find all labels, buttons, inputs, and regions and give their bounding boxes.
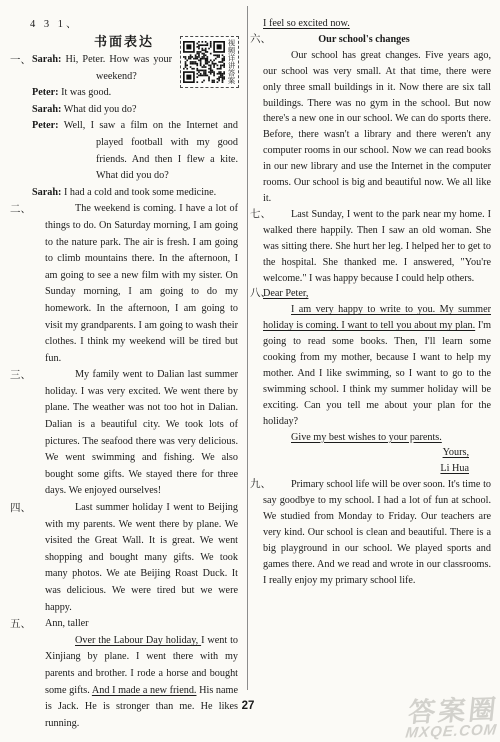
section-content: Ann, tallerOver the Labour Day holiday, … <box>45 616 238 732</box>
section-marker: 六、 <box>250 32 271 48</box>
answer-section: 八、Dear Peter,I am very happy to write to… <box>250 286 491 477</box>
letter-signature: Li Hua <box>263 461 469 477</box>
dialogue-line: Peter: Well, I saw a film on the Interne… <box>32 118 238 184</box>
paragraph: I feel so excited now. <box>263 16 491 32</box>
watermark-site: MXQE.COM <box>404 722 497 741</box>
underlined-text: Give my best wishes to your parents. <box>291 432 442 443</box>
letter-signature: Yours, <box>263 445 469 461</box>
text-run: The weekend is coming. I have a lot of t… <box>45 203 238 363</box>
answer-section: 三、My family went to Dalian last summer h… <box>10 367 238 500</box>
column-divider <box>247 6 248 690</box>
section-content: Last Sunday, I went to the park near my … <box>263 207 491 287</box>
underlined-text: Over the Labour Day holiday, <box>75 635 201 646</box>
dialogue-line: Sarah: What did you do? <box>32 102 238 119</box>
text-run: Last summer holiday I went to Beijing wi… <box>45 502 238 613</box>
underlined-text: And I made a new friend. <box>92 685 197 696</box>
speaker-name: Sarah: <box>32 54 61 65</box>
dialogue-line: Sarah: Hi, Peter. How was your weekend? <box>32 52 238 85</box>
text-run: My family went to Dalian last summer hol… <box>45 369 238 496</box>
text-run: Primary school life will be over soon. I… <box>263 479 491 585</box>
text-run: Last Sunday, I went to the park near my … <box>263 209 491 284</box>
section-content: Primary school life will be over soon. I… <box>263 477 491 588</box>
speaker-name: Peter: <box>32 120 59 131</box>
answer-section: I feel so excited now. <box>250 16 491 32</box>
workbook-answer-page: 视频详讲答案 4 3 1、 书面表达 一、Sarah: Hi, Peter. H… <box>0 0 500 742</box>
letter-closing: Give my best wishes to your parents. <box>263 430 491 446</box>
text-run: I'm going to read some books. Then, I'll… <box>263 320 491 426</box>
section-marker: 三、 <box>10 367 31 384</box>
left-column: 4 3 1、 书面表达 一、Sarah: Hi, Peter. How was … <box>10 18 238 732</box>
section-content: Our school's changesOur school has great… <box>263 32 491 207</box>
text-run: Our school has great changes. Five years… <box>263 50 491 204</box>
section-content: My family went to Dalian last summer hol… <box>45 367 238 500</box>
speaker-name: Sarah: <box>32 187 61 198</box>
section-marker: 二、 <box>10 201 31 218</box>
speaker-name: Peter: <box>32 87 59 98</box>
paragraph: Primary school life will be over soon. I… <box>263 477 491 588</box>
speaker-name: Sarah: <box>32 104 61 115</box>
paragraph: I am very happy to write to you. My summ… <box>263 302 491 429</box>
answer-section: 四、Last summer holiday I went to Beijing … <box>10 500 238 616</box>
section-marker: 五、 <box>10 616 31 633</box>
dialogue-line: Sarah: I had a cold and took some medici… <box>32 185 238 202</box>
answer-section: 五、Ann, tallerOver the Labour Day holiday… <box>10 616 238 732</box>
marker-line-text: Dear Peter, <box>263 286 491 302</box>
answer-section: 七、Last Sunday, I went to the park near m… <box>250 207 491 287</box>
section-content: Dear Peter,I am very happy to write to y… <box>263 286 491 477</box>
section-heading: 书面表达 <box>10 32 238 52</box>
underlined-text: Yours, <box>443 447 469 458</box>
paragraph: The weekend is coming. I have a lot of t… <box>45 201 238 367</box>
underlined-text: I feel so excited now. <box>263 18 350 29</box>
section-marker: 七、 <box>250 207 271 223</box>
answer-section: 一、Sarah: Hi, Peter. How was your weekend… <box>10 52 238 201</box>
watermark: 答案圈 MXQE.COM <box>404 696 500 741</box>
paragraph: Over the Labour Day holiday, I went to X… <box>45 633 238 733</box>
previous-answer-fragment: 4 3 1、 <box>30 18 238 32</box>
section-marker: 四、 <box>10 500 31 517</box>
answer-section: 二、The weekend is coming. I have a lot of… <box>10 201 238 367</box>
section-content: Sarah: Hi, Peter. How was your weekend?P… <box>45 52 238 201</box>
section-content: I feel so excited now. <box>263 16 491 32</box>
section-marker: 一、 <box>10 52 31 69</box>
paragraph: Our school has great changes. Five years… <box>263 48 491 207</box>
section-marker: 九、 <box>250 477 271 493</box>
underlined-text: Li Hua <box>440 463 469 474</box>
answer-section: 九、Primary school life will be over soon.… <box>250 477 491 588</box>
answer-section: 六、Our school's changesOur school has gre… <box>250 32 491 207</box>
section-content: The weekend is coming. I have a lot of t… <box>45 201 238 367</box>
paragraph: Last Sunday, I went to the park near my … <box>263 207 491 287</box>
underlined-text: I am very happy to write to you. My summ… <box>263 304 491 331</box>
text-run: Ann, taller <box>45 618 89 629</box>
essay-title: Our school's changes <box>263 32 491 48</box>
section-marker: 八、 <box>250 286 271 302</box>
page-number: 27 <box>236 700 260 712</box>
paragraph: Last summer holiday I went to Beijing wi… <box>45 500 238 616</box>
paragraph: My family went to Dalian last summer hol… <box>45 367 238 500</box>
right-column: I feel so excited now.六、Our school's cha… <box>250 16 491 589</box>
dialogue-line: Peter: It was good. <box>32 85 238 102</box>
marker-line-text: Ann, taller <box>45 616 238 633</box>
section-content: Last summer holiday I went to Beijing wi… <box>45 500 238 616</box>
